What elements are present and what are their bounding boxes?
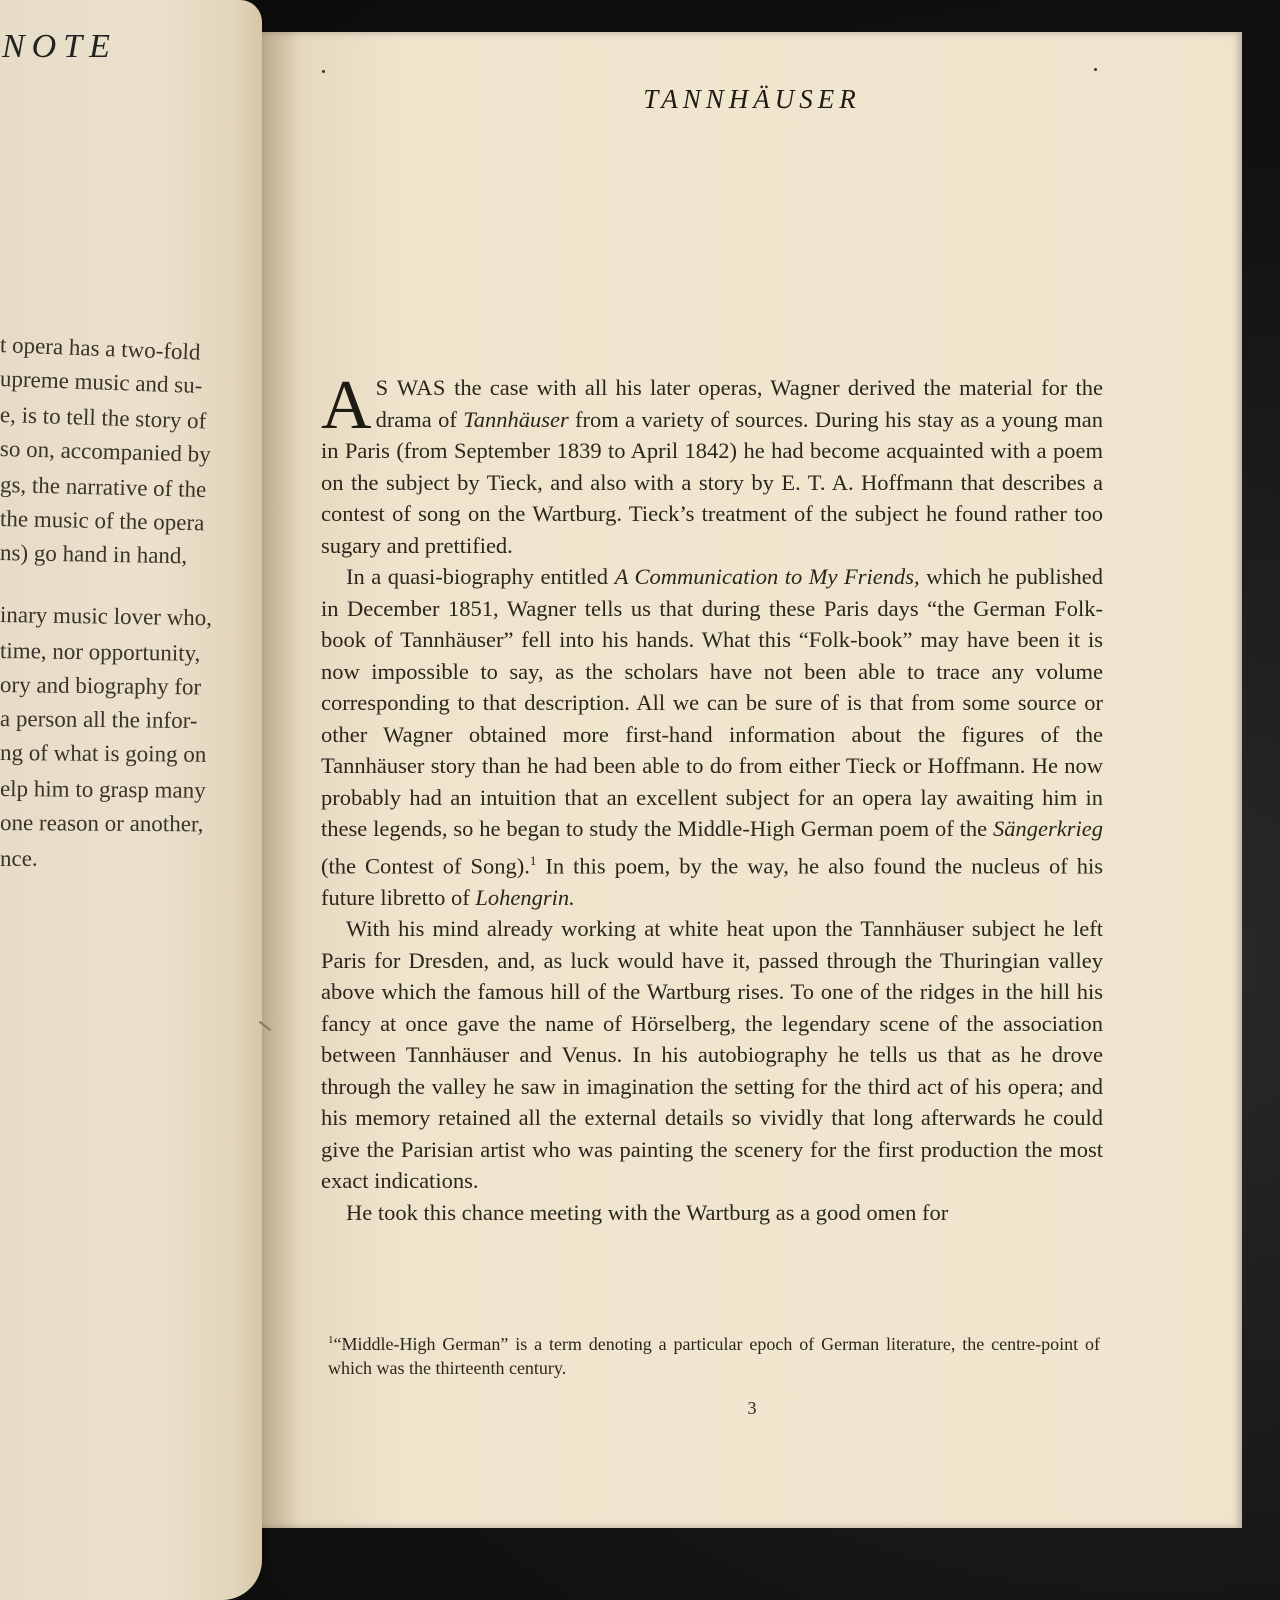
drop-cap: A (321, 378, 372, 434)
left-page-line: time, nor opportunity, (0, 638, 201, 667)
gutter-shadow (262, 32, 302, 1528)
left-page-line: inary music lover who, (0, 602, 212, 631)
text-run: With his mind already working at white h… (321, 916, 1103, 1193)
left-page-line: ng of what is going on (0, 740, 206, 768)
left-page-line: t opera has a two-fold (0, 332, 201, 366)
page-number-value: 3 (748, 1398, 757, 1419)
paper-speck (322, 70, 325, 73)
paper-speck (1094, 68, 1097, 71)
left-page-line: a person all the infor- (0, 706, 198, 734)
italic-title: Tannhäuser (463, 407, 568, 432)
left-page-line: e, is to tell the story of (0, 402, 207, 434)
running-head: TANNHÄUSER (262, 84, 1242, 115)
opening-small-caps: S WAS (376, 375, 446, 400)
paragraph: AS WAS the case with all his later opera… (321, 372, 1103, 561)
left-page-line: one reason or another, (0, 810, 204, 837)
footnote: 1“Middle-High German” is a term denoting… (328, 1328, 1100, 1380)
left-page-line: so on, accompanied by (0, 436, 211, 468)
left-page-line: nce. (0, 846, 38, 872)
left-page-line: upreme music and su- (0, 366, 203, 399)
paragraph: He took this chance meeting with the War… (321, 1197, 1103, 1229)
left-page-line: the music of the opera (0, 506, 205, 536)
text-run: He took this chance meeting with the War… (346, 1200, 948, 1225)
left-running-head: NOTE (2, 28, 117, 66)
running-head-title: TANNHÄUSER (643, 84, 861, 115)
text-run: (the Con­test of Song). (321, 853, 530, 878)
footnote-text: “Middle-High German” is a term denoting … (328, 1334, 1100, 1378)
left-page-line: ns) go hand in hand, (0, 540, 187, 569)
text-run: which he published in December 1851, Wag… (321, 564, 1103, 841)
right-page: TANNHÄUSER AS WAS the case with all his … (262, 32, 1242, 1528)
left-page-line: gs, the narrative of the (0, 472, 207, 503)
italic-title: A Communication to My Friends, (615, 564, 920, 589)
left-page: NOTE t opera has a two-foldupreme music … (0, 0, 262, 1600)
paragraph: With his mind already working at white h… (321, 913, 1103, 1197)
italic-title: Sängerkrieg (993, 816, 1103, 841)
left-page-line: elp him to grasp many (0, 776, 206, 804)
paragraph: In a quasi-biography entitled A Communic… (321, 561, 1103, 913)
left-page-line: ory and biography for (0, 672, 201, 700)
italic-title: Lohengrin. (475, 885, 574, 910)
body-text: AS WAS the case with all his later opera… (321, 372, 1103, 1228)
page-number: 3 (262, 1398, 1242, 1419)
text-run: In a quasi-biography entitled (346, 564, 615, 589)
